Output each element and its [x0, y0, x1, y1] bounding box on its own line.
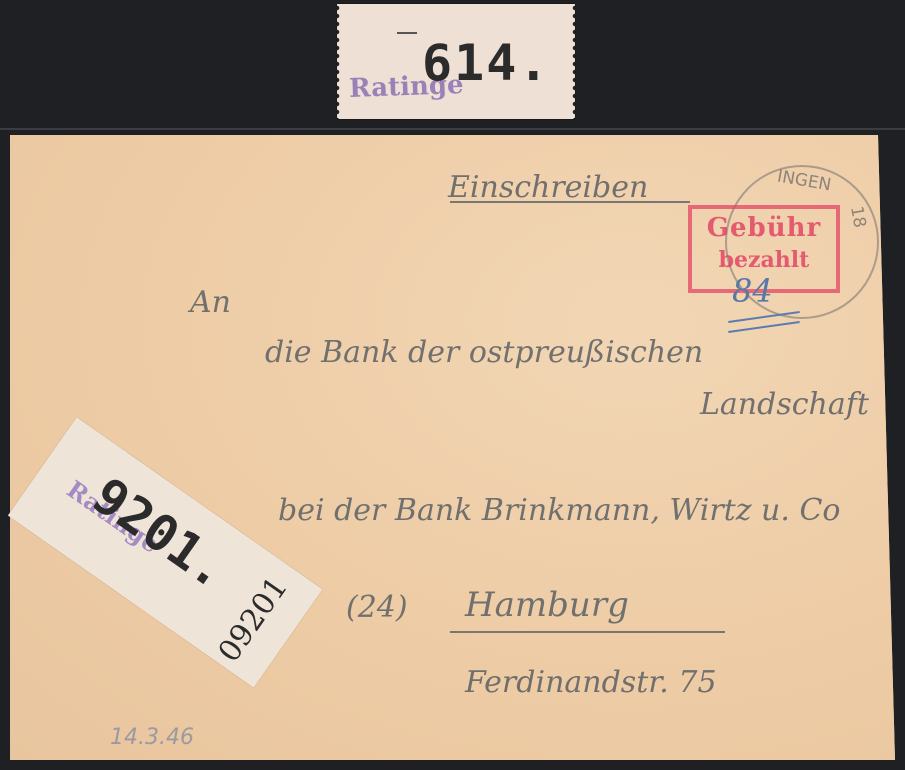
address-postal-zone: (24) — [346, 590, 408, 625]
label-dash — [397, 32, 417, 34]
city-underline — [450, 631, 725, 633]
top-registration-label: Ratinge 614. — [337, 4, 575, 119]
postmark-fragment: 18 — [846, 205, 869, 230]
top-label-number: 614. — [422, 34, 550, 92]
sleeve-edge-top — [0, 128, 905, 130]
fee-stamp-line-1: Gebühr — [692, 213, 836, 243]
address-line-3: bei der Bank Brinkmann, Wirtz u. Co — [278, 493, 840, 528]
address-line-1: die Bank der ostpreußischen — [265, 335, 703, 370]
fee-amount-handwritten: 84 — [732, 272, 773, 310]
address-salutation: An — [190, 285, 231, 320]
address-line-2: Landschaft — [700, 387, 869, 422]
registration-note: Einschreiben — [448, 170, 648, 205]
perforation-right — [572, 4, 578, 119]
postmark-town: INGEN — [776, 166, 833, 195]
address-street: Ferdinandstr. 75 — [465, 665, 717, 700]
perforation-left — [334, 4, 340, 119]
fee-stamp-line-2: bezahlt — [692, 247, 836, 273]
address-city: Hamburg — [465, 585, 629, 625]
registration-note-underline — [450, 201, 690, 203]
pencil-date: 14.3.46 — [110, 725, 194, 750]
